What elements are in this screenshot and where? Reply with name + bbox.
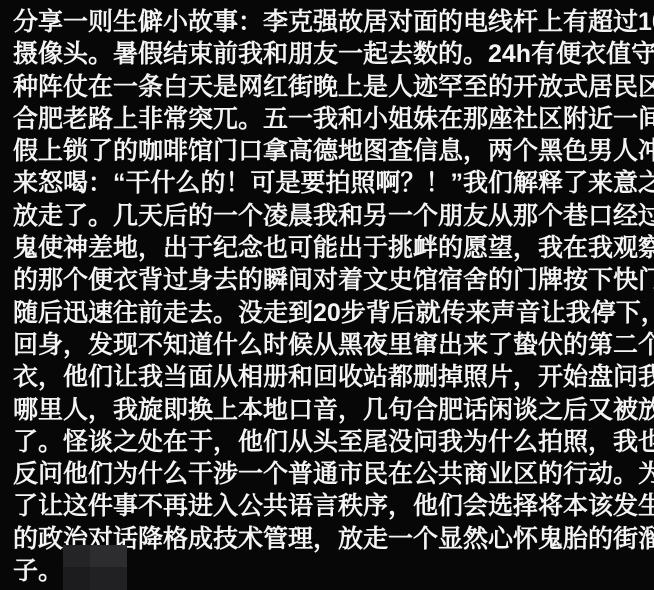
text-line: 了让这件事不再进入公共语言秩序，他们会选择将本该发生 (13, 490, 647, 522)
blur-block (63, 567, 90, 590)
text-line: 摄像头。暑假结束前我和朋友一起去数的。24h有便衣值守，这 (13, 38, 647, 70)
text-line: 来怒喝：“干什么的！可是要拍照啊？！”我们解释了来意之后被 (13, 167, 647, 199)
post-text-block: 分享一则生僻小故事：李克强故居对面的电线杆上有超过10个 摄像头。暑假结束前我和… (13, 6, 647, 587)
text-line: 假上锁了的咖啡馆门口拿高德地图查信息，两个黑色男人冲上 (13, 135, 647, 167)
text-line: 分享一则生僻小故事：李克强故居对面的电线杆上有超过10个 (13, 6, 647, 38)
blur-block (63, 545, 90, 567)
text-line: 鬼使神差地，出于纪念也可能出于挑衅的愿望，我在我观察到 (13, 232, 647, 264)
text-line: 合肥老路上非常突兀。五一我和小姐妹在那座社区附近一间休 (13, 103, 647, 135)
blur-block (90, 545, 127, 567)
text-line: 随后迅速往前走去。没走到20步背后就传来声音让我停下，我 (13, 297, 647, 329)
text-line: 回身，发现不知道什么时候从黑夜里窜出来了蛰伏的第二个便 (13, 329, 647, 361)
text-line: 种阵仗在一条白天是网红街晚上是人迹罕至的开放式居民区的 (13, 71, 647, 103)
blur-block (90, 567, 127, 590)
redacted-blur-patch (63, 545, 127, 590)
text-line: 了。怪谈之处在于，他们从头至尾没问我为什么拍照，我也没 (13, 426, 647, 458)
text-line: 放走了。几天后的一个凌晨我和另一个朋友从那个巷口经过， (13, 200, 647, 232)
text-line: 衣，他们让我当面从相册和回收站都删掉照片，开始盘问我是 (13, 361, 647, 393)
text-line: 反问他们为什么干涉一个普通市民在公共商业区的行动。为 (13, 458, 647, 490)
text-line: 的那个便衣背过身去的瞬间对着文史馆宿舍的门牌按下快门， (13, 264, 647, 296)
text-line: 哪里人，我旋即换上本地口音，几句合肥话闲谈之后又被放走 (13, 394, 647, 426)
